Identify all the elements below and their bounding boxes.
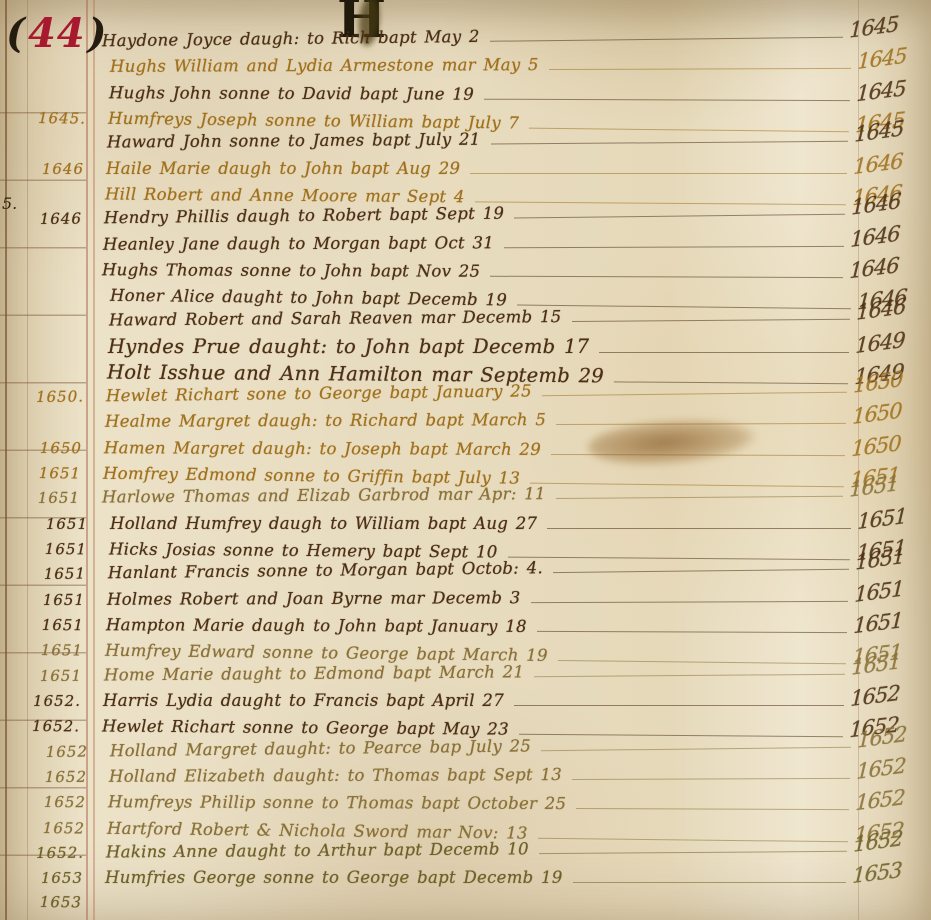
register-entry-row: Hyndes Prue daught: to John bapt Decemb … <box>2 335 927 360</box>
entry-margin-year: 1651 <box>4 515 98 533</box>
manuscript-page: (44) H 5. Haydone Joyce daugh: to Rich b… <box>0 0 931 920</box>
entry-margin-year: 1646 <box>0 160 94 178</box>
entry-margin-year: 1651 <box>0 463 91 482</box>
entry-margin-year: 1650 <box>0 438 92 456</box>
entry-text: Haward Robert and Sarah Reaven mar Decem… <box>109 307 562 329</box>
entry-year: 1649 <box>855 328 927 356</box>
register-entry-row: Hughs William and Lydia Armestone mar Ma… <box>4 53 929 82</box>
entry-margin-year: 1652. <box>0 692 91 710</box>
entry-text: Heanley Jane daugh to Morgan bapt Oct 31 <box>103 233 494 254</box>
entry-margin-year: 1652. <box>0 844 94 863</box>
entry-text: Harris Lydia daught to Francis bapt Apri… <box>103 691 504 710</box>
entry-rule-dash <box>491 141 848 145</box>
entry-year: 1651 <box>853 608 926 636</box>
entry-text: Hanlant Francis sonne to Morgan bapt Oct… <box>108 558 543 582</box>
entry-text: Hampton Marie daugh to John bapt January… <box>106 615 527 636</box>
register-entry-row: 1653 <box>0 892 923 920</box>
entry-margin-year: 1651 <box>3 540 97 559</box>
entry-margin-year: 1652. <box>0 717 90 736</box>
entry-text: Holland Elizabeth daught: to Thomas bapt… <box>109 765 562 786</box>
register-entry-row: Hughs Thomas sonne to John bapt Nov 25 1… <box>0 259 921 288</box>
register-entry-row: 1651 Holland Humfrey daugh to William ba… <box>4 513 929 538</box>
entry-margin-year <box>3 325 97 326</box>
entry-year: 1645 <box>849 12 921 41</box>
register-entry-row: Heanley Jane daugh to Morgan bapt Oct 31… <box>0 230 922 259</box>
entry-margin-year: 1653 <box>0 869 93 887</box>
register-entry-row: 1652. Harris Lydia daught to Francis bap… <box>0 690 922 715</box>
entry-margin-year: 1651 <box>0 616 94 634</box>
entry-rule-dash <box>490 37 843 42</box>
entry-year: 1650 <box>851 431 924 459</box>
entry-rule-dash <box>539 851 847 854</box>
entry-rule-dash <box>484 98 850 100</box>
entry-rule-dash <box>551 453 845 455</box>
entry-rule-dash <box>534 673 845 676</box>
register-entry-row: 1652 Humfreys Phillip sonne to Thomas ba… <box>2 791 927 820</box>
entry-year: 1651 <box>855 544 927 573</box>
entry-rule-dash <box>541 746 851 751</box>
entry-margin-year <box>4 300 98 301</box>
entry-rule-dash <box>531 600 848 602</box>
register-entry-row: 1651 Holmes Robert and Joan Byrne mar De… <box>1 585 926 614</box>
entry-margin-year: 1652 <box>1 818 95 837</box>
entry-year: 1652 <box>855 786 928 814</box>
entry-text: Humfreys Phillip sonne to Thomas bapt Oc… <box>108 793 566 814</box>
entry-year: 1650 <box>852 399 924 427</box>
entry-year: 1651 <box>857 503 929 531</box>
entry-text: Home Marie daught to Edmond bapt March 2… <box>104 662 524 684</box>
entry-margin-year: 1651 <box>0 666 92 685</box>
entry-year: 1646 <box>856 294 928 322</box>
entry-rule-dash <box>556 496 843 499</box>
entries-list: Haydone Joyce daugh: to Rich bapt May 2 … <box>0 31 925 918</box>
entry-margin-year: 1646 <box>0 210 92 229</box>
entry-text: Holland Margret daught: to Pearce bap Ju… <box>110 736 531 760</box>
entry-rule-dash <box>514 214 845 219</box>
entry-text: Holmes Robert and Joan Byrne mar Decemb … <box>107 588 521 609</box>
register-entry-row: Haward John sonne to James bapt July 21 … <box>1 126 926 158</box>
entry-margin-year: 1653 <box>0 892 92 911</box>
entry-rule-dash <box>572 778 850 780</box>
register-entry-row: Healme Margret daugh: to Richard bapt Ma… <box>0 408 924 437</box>
entry-text: Haydone Joyce daugh: to Rich bapt May 2 <box>102 27 480 50</box>
entry-text: Healme Margret daugh: to Richard bapt Ma… <box>105 410 546 431</box>
entry-margin-year <box>0 46 90 47</box>
entry-margin-year <box>1 378 95 379</box>
register-entry-row: 1651 Hampton Marie daugh to John bapt Ja… <box>0 614 925 643</box>
entry-rule-dash <box>490 276 843 278</box>
entry-year: 1652 <box>850 681 922 709</box>
entry-text: Hakins Anne daught to Arthur bapt Decemb… <box>106 839 529 861</box>
entry-rule-dash <box>573 882 846 883</box>
entry-text: Hughs William and Lydia Armestone mar Ma… <box>110 55 539 76</box>
entry-year: 1646 <box>851 189 923 218</box>
entry-text: Hyndes Prue daught: to John bapt Decemb … <box>108 335 589 358</box>
entry-year: 1645 <box>857 44 929 72</box>
entry-margin-year <box>1 148 95 149</box>
entry-text: Harlowe Thomas and Elizab Garbrod mar Ap… <box>102 484 546 506</box>
entry-margin-year: 1652 <box>4 742 98 761</box>
entry-text: Hamen Margret daugh: to Joseph bapt Marc… <box>104 438 541 459</box>
entry-text: Haile Marie daugh to John bapt Aug 29 <box>106 159 460 178</box>
entry-year: 1651 <box>849 471 921 499</box>
entry-year: 1651 <box>854 576 926 604</box>
entry-text: Hendry Phillis daugh to Robert bapt Sept… <box>104 204 505 228</box>
entry-rule-dash <box>576 808 849 810</box>
entry-margin-year: 1652 <box>3 768 97 786</box>
register-entry-row: Haydone Joyce daugh: to Rich bapt May 2 … <box>0 21 921 57</box>
entry-rule-dash <box>514 705 844 706</box>
register-entry-row: 1650 Hamen Margret daugh: to Joseph bapt… <box>0 436 923 465</box>
entry-text: Holland Humfrey daugh to William bapt Au… <box>110 514 537 533</box>
entry-rule-dash <box>572 319 850 322</box>
entry-rule-dash <box>504 246 844 248</box>
entry-rule-dash <box>542 392 847 397</box>
entry-margin-year: 1650. <box>0 387 94 406</box>
entry-year <box>851 905 923 913</box>
entry-text: Hewlet Richart sone to George bapt Janua… <box>106 381 532 405</box>
entry-margin-year <box>0 199 93 200</box>
entry-rule-dash <box>599 352 849 353</box>
entry-year: 1653 <box>852 858 924 886</box>
entry-rule-dash <box>553 569 849 573</box>
entry-text: Haward John sonne to James bapt July 21 <box>107 130 481 152</box>
entry-year: 1645 <box>856 76 929 104</box>
entry-year: 1650 <box>853 367 925 396</box>
entry-margin-year: 1652 <box>2 793 96 811</box>
entry-rule-dash <box>549 68 851 70</box>
entry-rule-dash <box>537 631 847 633</box>
entry-year: 1652 <box>856 754 928 782</box>
entry-text: Hughs John sonne to David bapt June 19 <box>109 83 474 103</box>
entry-year: 1646 <box>850 221 922 249</box>
entry-rule-dash <box>556 423 846 425</box>
entry-margin-year: 1651 <box>0 641 93 660</box>
entry-text: Hughs Thomas sonne to John bapt Nov 25 <box>102 260 480 280</box>
entry-margin-year: 1645. <box>2 109 96 128</box>
register-entry-row: 1653 Humfries George sonne to George bap… <box>0 867 924 892</box>
register-entry-row: 1646 Haile Marie daugh to John bapt Aug … <box>0 158 925 183</box>
entry-margin-year: 1651 <box>1 590 95 608</box>
entry-rule-dash <box>470 173 847 174</box>
entry-text: Humfries George sonne to George bapt Dec… <box>105 868 563 887</box>
entry-year: 1645 <box>854 117 926 145</box>
entry-year: 1652 <box>853 826 925 854</box>
register-entry-row: 1651 Harlowe Thomas and Elizab Garbrod m… <box>0 480 921 512</box>
entry-margin-year: 1651 <box>2 565 96 584</box>
entry-margin-year: 1651 <box>0 489 90 508</box>
entry-year: 1646 <box>853 149 925 177</box>
register-entry-row: 1652 Holland Elizabeth daught: to Thomas… <box>3 763 928 792</box>
register-entry-row: Hughs John sonne to David bapt June 19 1… <box>3 82 928 111</box>
entry-rule-dash <box>547 528 851 529</box>
entry-year: 1646 <box>849 253 922 281</box>
